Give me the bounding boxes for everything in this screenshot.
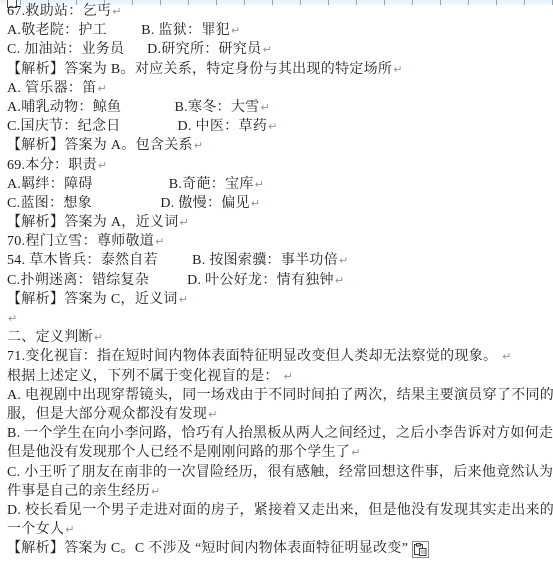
line-text: B. 一个学生在向小李问路，恰巧有人抬黑板从两人之间经过，之后小李告诉对方如何走… [7,426,553,441]
text-line: 67.救助站：乞丐↵ [7,2,553,21]
line-text: C.国庆节：纪念日 D. 中医：草药 [7,119,267,134]
paragraph-mark-icon: ↵ [350,446,360,459]
line-text: 67.救助站：乞丐 [7,4,111,19]
paragraph-mark-icon: ↵ [64,523,74,536]
paragraph-mark-icon: ↵ [97,82,107,95]
text-line: C. 加油站：业务员 D.研究所：研究员↵ [7,40,553,59]
paragraph-mark-icon: ↵ [7,312,17,325]
paragraph-mark-icon: ↵ [111,5,121,18]
document-body[interactable]: 67.救助站：乞丐↵A.敬老院：护工 B. 监狱：罪犯↵C. 加油站：业务员 D… [7,2,553,558]
line-text: 服，但是大部分观众都没有发现 [7,407,207,422]
text-line: A. 电视剧中出现穿帮镜头，同一场戏由于不同时间拍了两次，结果主要演员穿了不同的… [7,386,553,405]
line-text: 二、定义判断 [7,330,93,345]
paragraph-mark-icon: ↵ [150,485,160,498]
line-text: C.扑朔迷离：错综复杂 D. 叶公好龙：情有独钟 [7,273,334,288]
paragraph-mark-icon: ↵ [261,43,271,56]
line-text: 根据上述定义，下列不属于变化视盲的是： [7,369,283,384]
line-text: A.敬老院：护工 B. 监狱：罪犯 [7,23,230,38]
text-line: 二、定义判断↵ [7,328,553,347]
line-text: 69.本分：职责 [7,158,97,173]
text-line: 件事是自己的亲生经历↵ [7,482,553,501]
line-text: 件事是自己的亲生经历 [7,484,150,499]
line-text: 但是他没有发现那个人已经不是刚刚问路的那个学生了 [7,445,350,460]
text-line: C.扑朔迷离：错综复杂 D. 叶公好龙：情有独钟↵ [7,271,553,290]
line-text: A. 电视剧中出现穿帮镜头，同一场戏由于不同时间拍了两次，结果主要演员穿了不同的… [7,388,553,403]
line-text: 54. 草木皆兵：泰然自若 B. 按图索骥：事半功倍 [7,253,338,268]
paragraph-mark-icon: ↵ [283,370,293,383]
paragraph-mark-icon: ↵ [154,235,164,248]
paragraph-mark-icon: ↵ [97,159,107,172]
paragraph-mark-icon: ↵ [207,408,217,421]
paragraph-mark-icon: ↵ [230,24,240,37]
line-text: C. 小王听了朋友在南非的一次冒险经历，很有感触，经常回想这件事，后来他竟然认为… [7,465,553,480]
text-line: C. 小王听了朋友在南非的一次冒险经历，很有感触，经常回想这件事，后来他竟然认为… [7,463,553,482]
line-text: 一个女人 [7,522,64,537]
paragraph-mark-icon: ↵ [250,197,260,210]
text-line: A.哺乳动物：鲸鱼 B.寒冬：大雪↵ [7,98,553,117]
paragraph-mark-icon: ↵ [93,331,103,344]
text-line: 服，但是大部分观众都没有发现↵ [7,405,553,424]
paragraph-mark-icon: ↵ [334,274,344,287]
text-line: C.蓝图：想象 D. 傲慢：偏见↵ [7,194,553,213]
line-text: 71.变化视盲：指在短时间内物体表面特征明显改变但人类却无法察觉的现象。 [7,349,501,364]
text-line: A. 管乐器：笛↵ [7,79,553,98]
paragraph-mark-icon: ↵ [254,178,264,191]
text-line: D. 校长看见一个男子走进对面的房子，紧接着又走出来，但是他没有发现其实走出来的… [7,501,553,520]
text-line: 一个女人↵ [7,520,553,539]
paragraph-mark-icon: ↵ [179,216,189,229]
text-line: ↵ [7,309,553,328]
line-text: A.哺乳动物：鲸鱼 B.寒冬：大雪 [7,100,259,115]
line-text: C. 加油站：业务员 D.研究所：研究员 [7,42,261,57]
paragraph-mark-icon: ↵ [267,120,277,133]
line-text: 【解析】答案为 B。对应关系，特定身份与其出现的特定场所 [7,62,392,77]
text-line: 【解析】答案为 C。C 不涉及 “短时间内物体表面特征明显改变” [7,539,553,558]
text-line: C.国庆节：纪念日 D. 中医：草药↵ [7,117,553,136]
line-text: A.羁绊：障碍 B.奇葩：宝库 [7,177,254,192]
paragraph-mark-icon: ↵ [338,254,348,267]
text-line: 54. 草木皆兵：泰然自若 B. 按图索骥：事半功倍↵ [7,251,553,270]
line-text: 【解析】答案为 A。包含关系 [7,138,193,153]
line-text: 【解析】答案为 A，近义词 [7,215,179,230]
text-line: B. 一个学生在向小李问路，恰巧有人抬黑板从两人之间经过，之后小李告诉对方如何走… [7,424,553,443]
text-line: 【解析】答案为 C，近义词↵ [7,290,553,309]
text-line: 【解析】答案为 A，近义词↵ [7,213,553,232]
line-text: 70.程门立雪：尊师敬道 [7,234,154,249]
line-text: A. 管乐器：笛 [7,81,97,96]
document-page: 67.救助站：乞丐↵A.敬老院：护工 B. 监狱：罪犯↵C. 加油站：业务员 D… [0,0,553,565]
paragraph-mark-icon: ↵ [193,139,203,152]
line-text: D. 校长看见一个男子走进对面的房子，紧接着又走出来，但是他没有发现其实走出来的… [7,503,553,518]
text-line: 根据上述定义，下列不属于变化视盲的是： ↵ [7,367,553,386]
paragraph-mark-icon: ↵ [392,63,402,76]
text-line: A.敬老院：护工 B. 监狱：罪犯↵ [7,21,553,40]
line-text: C.蓝图：想象 D. 傲慢：偏见 [7,196,250,211]
paragraph-mark-icon: ↵ [259,101,269,114]
text-line: 71.变化视盲：指在短时间内物体表面特征明显改变但人类却无法察觉的现象。 ↵ [7,347,553,366]
paragraph-mark-icon: ↵ [501,350,511,363]
line-text: 【解析】答案为 C。C 不涉及 “短时间内物体表面特征明显改变” [7,541,408,556]
text-line: 但是他没有发现那个人已经不是刚刚问路的那个学生了↵ [7,443,553,462]
paragraph-mark-icon: ↵ [178,293,188,306]
text-line: 70.程门立雪：尊师敬道↵ [7,232,553,251]
text-line: 【解析】答案为 A。包含关系↵ [7,136,553,155]
line-text: 【解析】答案为 C，近义词 [7,292,178,307]
text-line: A.羁绊：障碍 B.奇葩：宝库↵ [7,175,553,194]
paste-options-icon[interactable] [412,541,429,558]
text-line: 69.本分：职责↵ [7,156,553,175]
text-line: 【解析】答案为 B。对应关系，特定身份与其出现的特定场所↵ [7,60,553,79]
